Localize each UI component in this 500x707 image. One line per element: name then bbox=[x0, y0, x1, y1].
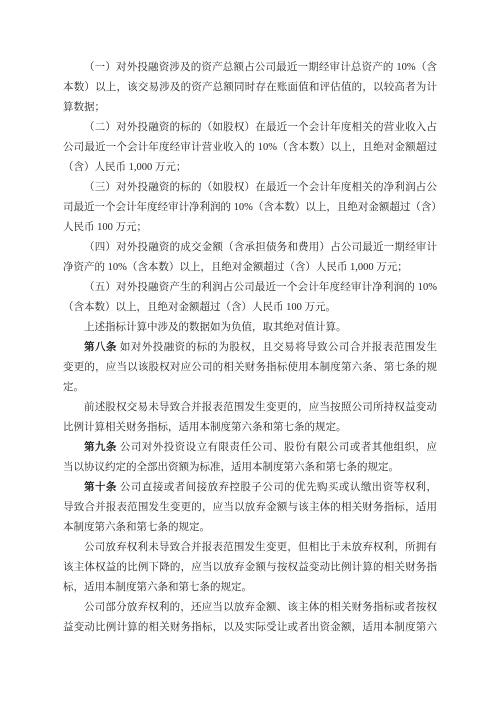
text-line: 前述股权交易未导致合并报表范围发生变更的，应当按照公司所持权益变动 bbox=[63, 398, 437, 418]
text-line: （四）对外投融资的成交金额（含承担债务和费用）占公司最近一期经审计 bbox=[63, 238, 437, 258]
text-line: 公司部分放弃权利的，还应当以放弃金额、该主体的相关财务指标或者按权 bbox=[63, 598, 437, 618]
text-line: 公司最近一个会计年度经审计营业收入的 10%（含本数）以上，且绝对金额超过 bbox=[63, 138, 437, 158]
text-line: （二）对外投融资的标的（如股权）在最近一个会计年度相关的营业收入占 bbox=[63, 118, 437, 138]
article-number: 第九条 bbox=[84, 442, 117, 453]
text-line: 本制度第六条和第七条的规定。 bbox=[63, 518, 437, 538]
text-line: （含）人民币 1,000 万元； bbox=[63, 158, 437, 178]
text-line: （五）对外投融资产生的利润占公司最近一个会计年度经审计净利润的 10% bbox=[63, 278, 437, 298]
text-line: 第九条 公司对外投资设立有限责任公司、股份有限公司或者其他组织，应 bbox=[63, 438, 437, 458]
text-line: 导致合并报表范围发生变更的，应当以放弃金额与该主体的相关财务指标，适用 bbox=[63, 498, 437, 518]
text-line: 益变动比例计算的相关财务指标，以及实际受让或者出资金额，适用本制度第六 bbox=[63, 618, 437, 638]
document-page: （一）对外投融资涉及的资产总额占公司最近一期经审计总资产的 10%（含本数）以上… bbox=[0, 0, 500, 707]
text-line: 变更的，应当以该股权对应公司的相关财务指标使用本制度第六条、第七条的规 bbox=[63, 358, 437, 378]
text-line: （一）对外投融资涉及的资产总额占公司最近一期经审计总资产的 10%（含 bbox=[63, 58, 437, 78]
text-line: 司最近一个会计年度经审计净利润的 10%（含本数）以上，且绝对金额超过（含） bbox=[63, 198, 437, 218]
text-line: 定。 bbox=[63, 378, 437, 398]
text-line: （三）对外投融资的标的（如股权）在最近一个会计年度相关的净利润占公 bbox=[63, 178, 437, 198]
text-line: 比例计算相关财务指标，适用本制度第六条和第七条的规定。 bbox=[63, 418, 437, 438]
text-line: 本数）以上，该交易涉及的资产总额同时存在账面值和评估值的，以较高者为计 bbox=[63, 78, 437, 98]
text-line: 当以协议约定的全部出资额为标准，适用本制度第六条和第七条的规定。 bbox=[63, 458, 437, 478]
text-line: 标，适用本制度第六条和第七条的规定。 bbox=[63, 578, 437, 598]
text-line: 人民币 100 万元； bbox=[63, 218, 437, 238]
text-line: 该主体权益的比例下降的，应当以放弃金额与按权益变动比例计算的相关财务指 bbox=[63, 558, 437, 578]
text-line: 第十条 公司直接或者间接放弃控股子公司的优先购买或认缴出资等权利， bbox=[63, 478, 437, 498]
article-number: 第十条 bbox=[84, 482, 117, 493]
text-line: 算数据； bbox=[63, 98, 437, 118]
article-number: 第八条 bbox=[84, 342, 117, 353]
text-line: 上述指标计算中涉及的数据如为负值，取其绝对值计算。 bbox=[63, 318, 437, 338]
text-line: 公司放弃权利未导致合并报表范围发生变更，但相比于未放弃权利，所拥有 bbox=[63, 538, 437, 558]
text-line: （含本数）以上，且绝对金额超过（含）人民币 100 万元。 bbox=[63, 298, 437, 318]
text-line: 第八条 如对外投融资的标的为股权，且交易将导致公司合并报表范围发生 bbox=[63, 338, 437, 358]
document-body: （一）对外投融资涉及的资产总额占公司最近一期经审计总资产的 10%（含本数）以上… bbox=[63, 58, 437, 638]
text-line: 净资产的 10%（含本数）以上，且绝对金额超过（含）人民币 1,000 万元； bbox=[63, 258, 437, 278]
